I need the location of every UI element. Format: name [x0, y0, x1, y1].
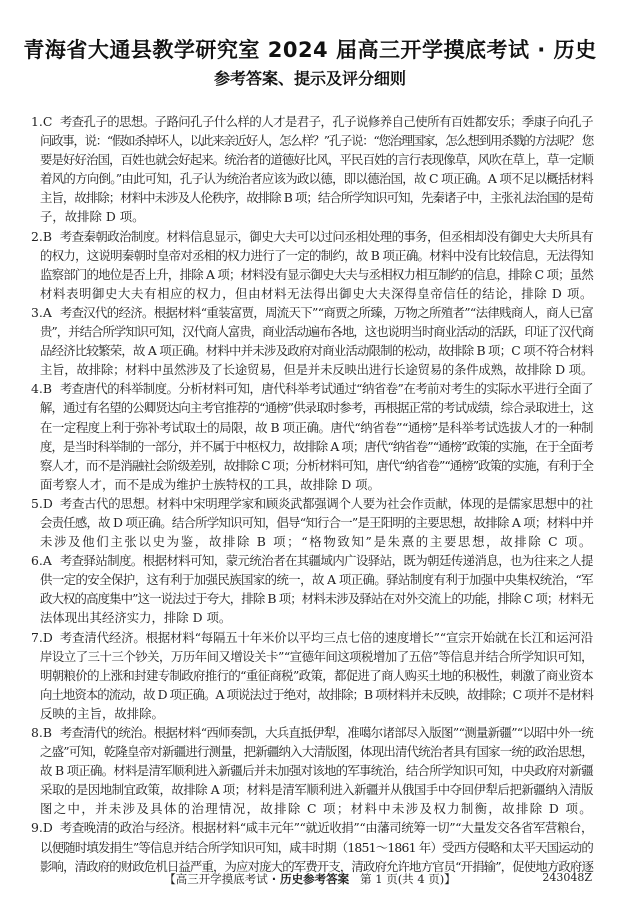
answer-item: 4.B考查唐代的科举制度。分析材料可知，唐代科举考试通过“纳省卷”在考前对考生的… [0, 379, 620, 494]
footer-page-label: 【高三开学摸底考试 · 历史参考答案 第 1 页(共 4 页)】 [0, 871, 620, 887]
explanation-text: 考查孔子的思想。子路问孔子什么样的人才是君子，孔子说修养自己使所有百姓都安乐；季… [60, 114, 593, 129]
answer-first-line: 1.C考查孔子的思想。子路问孔子什么样的人才是君子，孔子说修养自己使所有百姓都安… [0, 112, 620, 131]
answer-first-line: 9.D考查晚清的政治与经济。根据材料“咸丰元年”“就近收捐”“由藩司统筹一切”“… [0, 818, 620, 837]
answer-line: 度，是当时科举制的一部分，并不属于中枢权力，故排除 A 项；唐代“纳省卷”“通榜… [0, 437, 620, 456]
document-subtitle: 参考答案、提示及评分细则 [0, 66, 620, 89]
explanation-text: 主旨，故排除；材料中未涉及人伦秩序，故排除 B 项；结合所学知识可知，先秦诸子中… [40, 190, 593, 205]
answer-line: 向土地资本的流动，故 D 项正确。A 项说法过于绝对，故排除；B 项材料并未反映… [0, 685, 620, 704]
answer-letter: D [43, 818, 60, 837]
footer-right-bracket: 】 [444, 872, 456, 886]
explanation-text: 考查清代经济。根据材料“每隔五十年米价以平均三点七倍的速度增长”“宣宗开始就在长… [60, 630, 593, 645]
answer-line: 解，通过有名望的公卿贤达向主考官推荐的“通榜”供录取时参考，再根据正常的考试成绩… [0, 398, 620, 417]
explanation-text: 问政事，说：“假如杀掉坏人，以此来亲近好人，怎么样？”孔子说：“您治理国家，怎么… [40, 133, 593, 148]
answer-letter: C [43, 112, 60, 131]
answer-item: 9.D考查晚清的政治与经济。根据材料“咸丰元年”“就近收捐”“由藩司统筹一切”“… [0, 818, 620, 875]
explanation-text: 政大权的高度集中”这一说法过于夸大，排除 B 项；材料未涉及驿站在对外交流上的功… [40, 591, 593, 606]
footer-separator: · [268, 872, 280, 886]
explanation-text: 察人才，而不是消融社会阶级差别，故排除 C 项；分析材料可知，唐代“纳省卷”“通… [40, 458, 593, 473]
explanation-text: 向土地资本的流动，故 D 项正确。A 项说法过于绝对，故排除；B 项材料并未反映… [40, 687, 593, 702]
footer-page-info: 第 1 页(共 4 页) [360, 872, 444, 886]
explanation-text: 面考察人才，而不是成为维护士族特权的工具，故排除 D 项。 [40, 477, 380, 492]
explanation-text: 法体现出其经济实力，排除 D 项。 [40, 610, 231, 625]
answer-line: 会责任感，故 D 项正确。结合所学知识可知，倡导“知行合一”是王阳明的主要思想，… [0, 513, 620, 532]
answer-first-line: 8.B考查清代的统治。根据材料“西师奏凯，大兵直抵伊犁，准噶尔诸部尽入版图”“测… [0, 723, 620, 742]
question-number: 4. [31, 379, 43, 398]
answer-line: 的权力，这说明秦朝时皇帝对丞相的权力进行了一定的制约，故 B 项正确。材料中没有… [0, 246, 620, 265]
answer-letter: D [43, 628, 60, 647]
answer-letter: B [43, 379, 60, 398]
question-number: 6. [31, 551, 43, 570]
explanation-text: 考查清代的统治。根据材料“西师奏凯，大兵直抵伊犁，准噶尔诸部尽入版图”“测量新疆… [60, 725, 593, 740]
explanation-text: 监察部门的地位是否上升，排除 A 项；材料没有显示御史大夫与丞相权力相互制约的信… [40, 267, 593, 282]
footer-doc-name: 历史参考答案 [280, 872, 349, 886]
answer-item: 2.B考查秦朝政治制度。材料信息显示，御史大夫可以过问丞相处理的事务，但丞相却没… [0, 227, 620, 303]
explanation-text: 图之中，并未涉及具体的治理情况，故排除 C 项；材料中未涉及权力制衡，故排除 D… [40, 801, 593, 816]
answer-line: 以便随时填发捐生”等信息并结合所学知识可知，咸丰时期（1851～1861 年）受… [0, 838, 620, 857]
answer-line: 反映的主旨，故排除。 [0, 704, 620, 723]
explanation-text: 着风的方向倒。”由此可知，孔子认为统治者应该为政以德，即以德治国，故 C 项正确… [40, 171, 593, 186]
explanation-text: 考查晚清的政治与经济。根据材料“咸丰元年”“就近收捐”“由藩司统筹一切”“大量发… [60, 820, 593, 835]
answer-first-line: 4.B考查唐代的科举制度。分析材料可知，唐代科举考试通过“纳省卷”在考前对考生的… [0, 379, 620, 398]
explanation-text: 考查汉代的经济。根据材料“重装富贾，周流天下”“商贾之所臻，万物之所殖者”“法律… [60, 305, 593, 320]
answer-line: 主旨，故排除；材料中虽然涉及了长途贸易，但是并未反映出进行长途贸易的条件成熟，故… [0, 360, 620, 379]
explanation-text: 采取的是因地制宜政策，故排除 A 项；材料是清军顺利进入新疆并从俄国手中夺回伊犁… [40, 782, 593, 797]
answer-line: 采取的是因地制宜政策，故排除 A 项；材料是清军顺利进入新疆并从俄国手中夺回伊犁… [0, 780, 620, 799]
explanation-text: 供一定的安全保护，这有利于加强民族国家的统一，故 A 项正确。驿站制度有利于加强… [40, 572, 593, 587]
answer-line: 要是好好治国，百姓也就会好起来。统治者的道德好比风，平民百姓的言行表现像草，风吹… [0, 150, 620, 169]
answer-first-line: 2.B考查秦朝政治制度。材料信息显示，御史大夫可以过问丞相处理的事务，但丞相却没… [0, 227, 620, 246]
question-number: 3. [31, 303, 43, 322]
explanation-text: 解，通过有名望的公卿贤达向主考官推荐的“通榜”供录取时参考，再根据正常的考试成绩… [40, 400, 593, 415]
footer-left-bracket: 【 [164, 872, 176, 886]
answer-line: 政大权的高度集中”这一说法过于夸大，排除 B 项；材料未涉及驿站在对外交流上的功… [0, 589, 620, 608]
explanation-text: 故 B 项正确。材料是清军顺利进入新疆后并未加强对该地的军事统治，结合所学知识可… [40, 763, 593, 778]
answer-line: 主旨，故排除；材料中未涉及人伦秩序，故排除 B 项；结合所学知识可知，先秦诸子中… [0, 188, 620, 207]
answer-first-line: 5.D考查古代的思想。材料中宋明理学家和顾炎武都强调个人要为社会作贡献，体现的是… [0, 494, 620, 513]
question-number: 1. [31, 112, 43, 131]
explanation-text: 主旨，故排除；材料中虽然涉及了长途贸易，但是并未反映出进行长途贸易的条件成熟，故… [40, 362, 593, 377]
explanation-text: 度，是当时科举制的一部分，并不属于中枢权力，故排除 A 项；唐代“纳省卷”“通榜… [40, 439, 593, 454]
answer-item: 5.D考查古代的思想。材料中宋明理学家和顾炎武都强调个人要为社会作贡献，体现的是… [0, 494, 620, 551]
footer-doc-code: 243048Z [542, 871, 592, 884]
explanation-text: 明朝粮价的上涨和封建专制政府推行的“重征商税”政策，都促进了商人购买土地的积极性… [40, 668, 593, 683]
explanation-text: 的权力，这说明秦朝时皇帝对丞相的权力进行了一定的制约，故 B 项正确。材料中没有… [40, 248, 593, 263]
explanation-text: 考查驿站制度。根据材料可知，蒙元统治者在其疆域内广设驿站，既为朝廷传递消息，也为… [60, 553, 593, 568]
footer-exam-name: 高三开学摸底考试 [176, 872, 268, 886]
answer-line: 问政事，说：“假如杀掉坏人，以此来亲近好人，怎么样？”孔子说：“您治理国家，怎么… [0, 131, 620, 150]
answer-line: 之盛”可知，乾隆皇帝对新疆进行测量，把新疆纳入大清版图，体现出清代统治者具有国家… [0, 742, 620, 761]
answer-line: 察人才，而不是消融社会阶级差别，故排除 C 项；分析材料可知，唐代“纳省卷”“通… [0, 456, 620, 475]
answer-line: 在一定程度上利于弥补考试取士的局限，故 B 项正确。唐代“纳省卷”“通榜”是科举… [0, 418, 620, 437]
question-number: 5. [31, 494, 43, 513]
page-footer: 【高三开学摸底考试 · 历史参考答案 第 1 页(共 4 页)】 243048Z [0, 871, 620, 889]
question-number: 8. [31, 723, 43, 742]
answer-letter: A [43, 551, 60, 570]
answer-line: 品经济比较繁荣，故 A 项正确。材料中并未涉及政府对商业活动限制的松动，故排除 … [0, 341, 620, 360]
explanation-text: 子，故排除 D 项。 [40, 209, 145, 224]
question-number: 7. [31, 628, 43, 647]
answer-item: 3.A考查汉代的经济。根据材料“重装富贾，周流天下”“商贾之所臻，万物之所殖者”… [0, 303, 620, 379]
explanation-text: 未涉及他们主张以史为鉴，故排除 B 项；“格物致知”是朱熹的主要思想，故排除 C… [40, 534, 593, 549]
explanation-text: 岸设立了三十三个钞关，万历年间又增设关卡”“宣德年间这项税增加了五倍”等信息并结… [40, 649, 593, 664]
answer-list: 1.C考查孔子的思想。子路问孔子什么样的人才是君子，孔子说修养自己使所有百姓都安… [0, 112, 620, 876]
explanation-text: 要是好好治国，百姓也就会好起来。统治者的道德好比风，平民百姓的言行表现像草，风吹… [40, 152, 593, 167]
explanation-text: 品经济比较繁荣，故 A 项正确。材料中并未涉及政府对商业活动限制的松动，故排除 … [40, 343, 593, 358]
question-number: 2. [31, 227, 43, 246]
answer-line: 监察部门的地位是否上升，排除 A 项；材料没有显示御史大夫与丞相权力相互制约的信… [0, 265, 620, 284]
answer-item: 1.C考查孔子的思想。子路问孔子什么样的人才是君子，孔子说修养自己使所有百姓都安… [0, 112, 620, 227]
answer-line: 法体现出其经济实力，排除 D 项。 [0, 608, 620, 627]
explanation-text: 考查唐代的科举制度。分析材料可知，唐代科举考试通过“纳省卷”在考前对考生的实际水… [60, 381, 593, 396]
answer-line: 材料表明御史大夫有相应的权力，但由材料无法得出御史大夫深得皇帝信任的结论，排除 … [0, 284, 620, 303]
answer-letter: B [43, 723, 60, 742]
answer-first-line: 6.A考查驿站制度。根据材料可知，蒙元统治者在其疆域内广设驿站，既为朝廷传递消息… [0, 551, 620, 570]
explanation-text: 考查古代的思想。材料中宋明理学家和顾炎武都强调个人要为社会作贡献，体现的是儒家思… [60, 496, 593, 511]
answer-line: 岸设立了三十三个钞关，万历年间又增设关卡”“宣德年间这项税增加了五倍”等信息并结… [0, 647, 620, 666]
answer-line: 故 B 项正确。材料是清军顺利进入新疆后并未加强对该地的军事统治，结合所学知识可… [0, 761, 620, 780]
answer-line: 子，故排除 D 项。 [0, 207, 620, 226]
answer-item: 6.A考查驿站制度。根据材料可知，蒙元统治者在其疆域内广设驿站，既为朝廷传递消息… [0, 551, 620, 627]
answer-first-line: 7.D考查清代经济。根据材料“每隔五十年米价以平均三点七倍的速度增长”“宣宗开始… [0, 628, 620, 647]
document-title: 青海省大通县教学研究室 2024 届高三开学摸底考试 · 历史 [0, 34, 620, 64]
answer-first-line: 3.A考查汉代的经济。根据材料“重装富贾，周流天下”“商贾之所臻，万物之所殖者”… [0, 303, 620, 322]
explanation-text: 贵”，并结合所学知识可知，汉代商人富贵，商业活动遍布各地，这也说明当时商业活动的… [40, 324, 593, 339]
explanation-text: 以便随时填发捐生”等信息并结合所学知识可知，咸丰时期（1851～1861 年）受… [40, 840, 593, 855]
answer-letter: A [43, 303, 60, 322]
explanation-text: 考查秦朝政治制度。材料信息显示，御史大夫可以过问丞相处理的事务，但丞相却没有御史… [60, 229, 593, 244]
explanation-text: 在一定程度上利于弥补考试取士的局限，故 B 项正确。唐代“纳省卷”“通榜”是科举… [40, 420, 593, 435]
explanation-text: 之盛”可知，乾隆皇帝对新疆进行测量，把新疆纳入大清版图，体现出清代统治者具有国家… [40, 744, 593, 759]
answer-line: 供一定的安全保护，这有利于加强民族国家的统一，故 A 项正确。驿站制度有利于加强… [0, 570, 620, 589]
answer-line: 图之中，并未涉及具体的治理情况，故排除 C 项；材料中未涉及权力制衡，故排除 D… [0, 799, 620, 818]
explanation-text: 反映的主旨，故排除。 [40, 706, 164, 721]
question-number: 9. [31, 818, 43, 837]
answer-letter: D [43, 494, 60, 513]
answer-item: 8.B考查清代的统治。根据材料“西师奏凯，大兵直抵伊犁，准噶尔诸部尽入版图”“测… [0, 723, 620, 818]
explanation-text: 材料表明御史大夫有相应的权力，但由材料无法得出御史大夫深得皇帝信任的结论，排除 … [40, 286, 593, 301]
explanation-text: 会责任感，故 D 项正确。结合所学知识可知，倡导“知行合一”是王阳明的主要思想，… [40, 515, 593, 530]
answer-letter: B [43, 227, 60, 246]
answer-line: 面考察人才，而不是成为维护士族特权的工具，故排除 D 项。 [0, 475, 620, 494]
answer-line: 着风的方向倒。”由此可知，孔子认为统治者应该为政以德，即以德治国，故 C 项正确… [0, 169, 620, 188]
answer-line: 未涉及他们主张以史为鉴，故排除 B 项；“格物致知”是朱熹的主要思想，故排除 C… [0, 532, 620, 551]
answer-line: 明朝粮价的上涨和封建专制政府推行的“重征商税”政策，都促进了商人购买土地的积极性… [0, 666, 620, 685]
answer-line: 贵”，并结合所学知识可知，汉代商人富贵，商业活动遍布各地，这也说明当时商业活动的… [0, 322, 620, 341]
answer-item: 7.D考查清代经济。根据材料“每隔五十年米价以平均三点七倍的速度增长”“宣宗开始… [0, 628, 620, 723]
